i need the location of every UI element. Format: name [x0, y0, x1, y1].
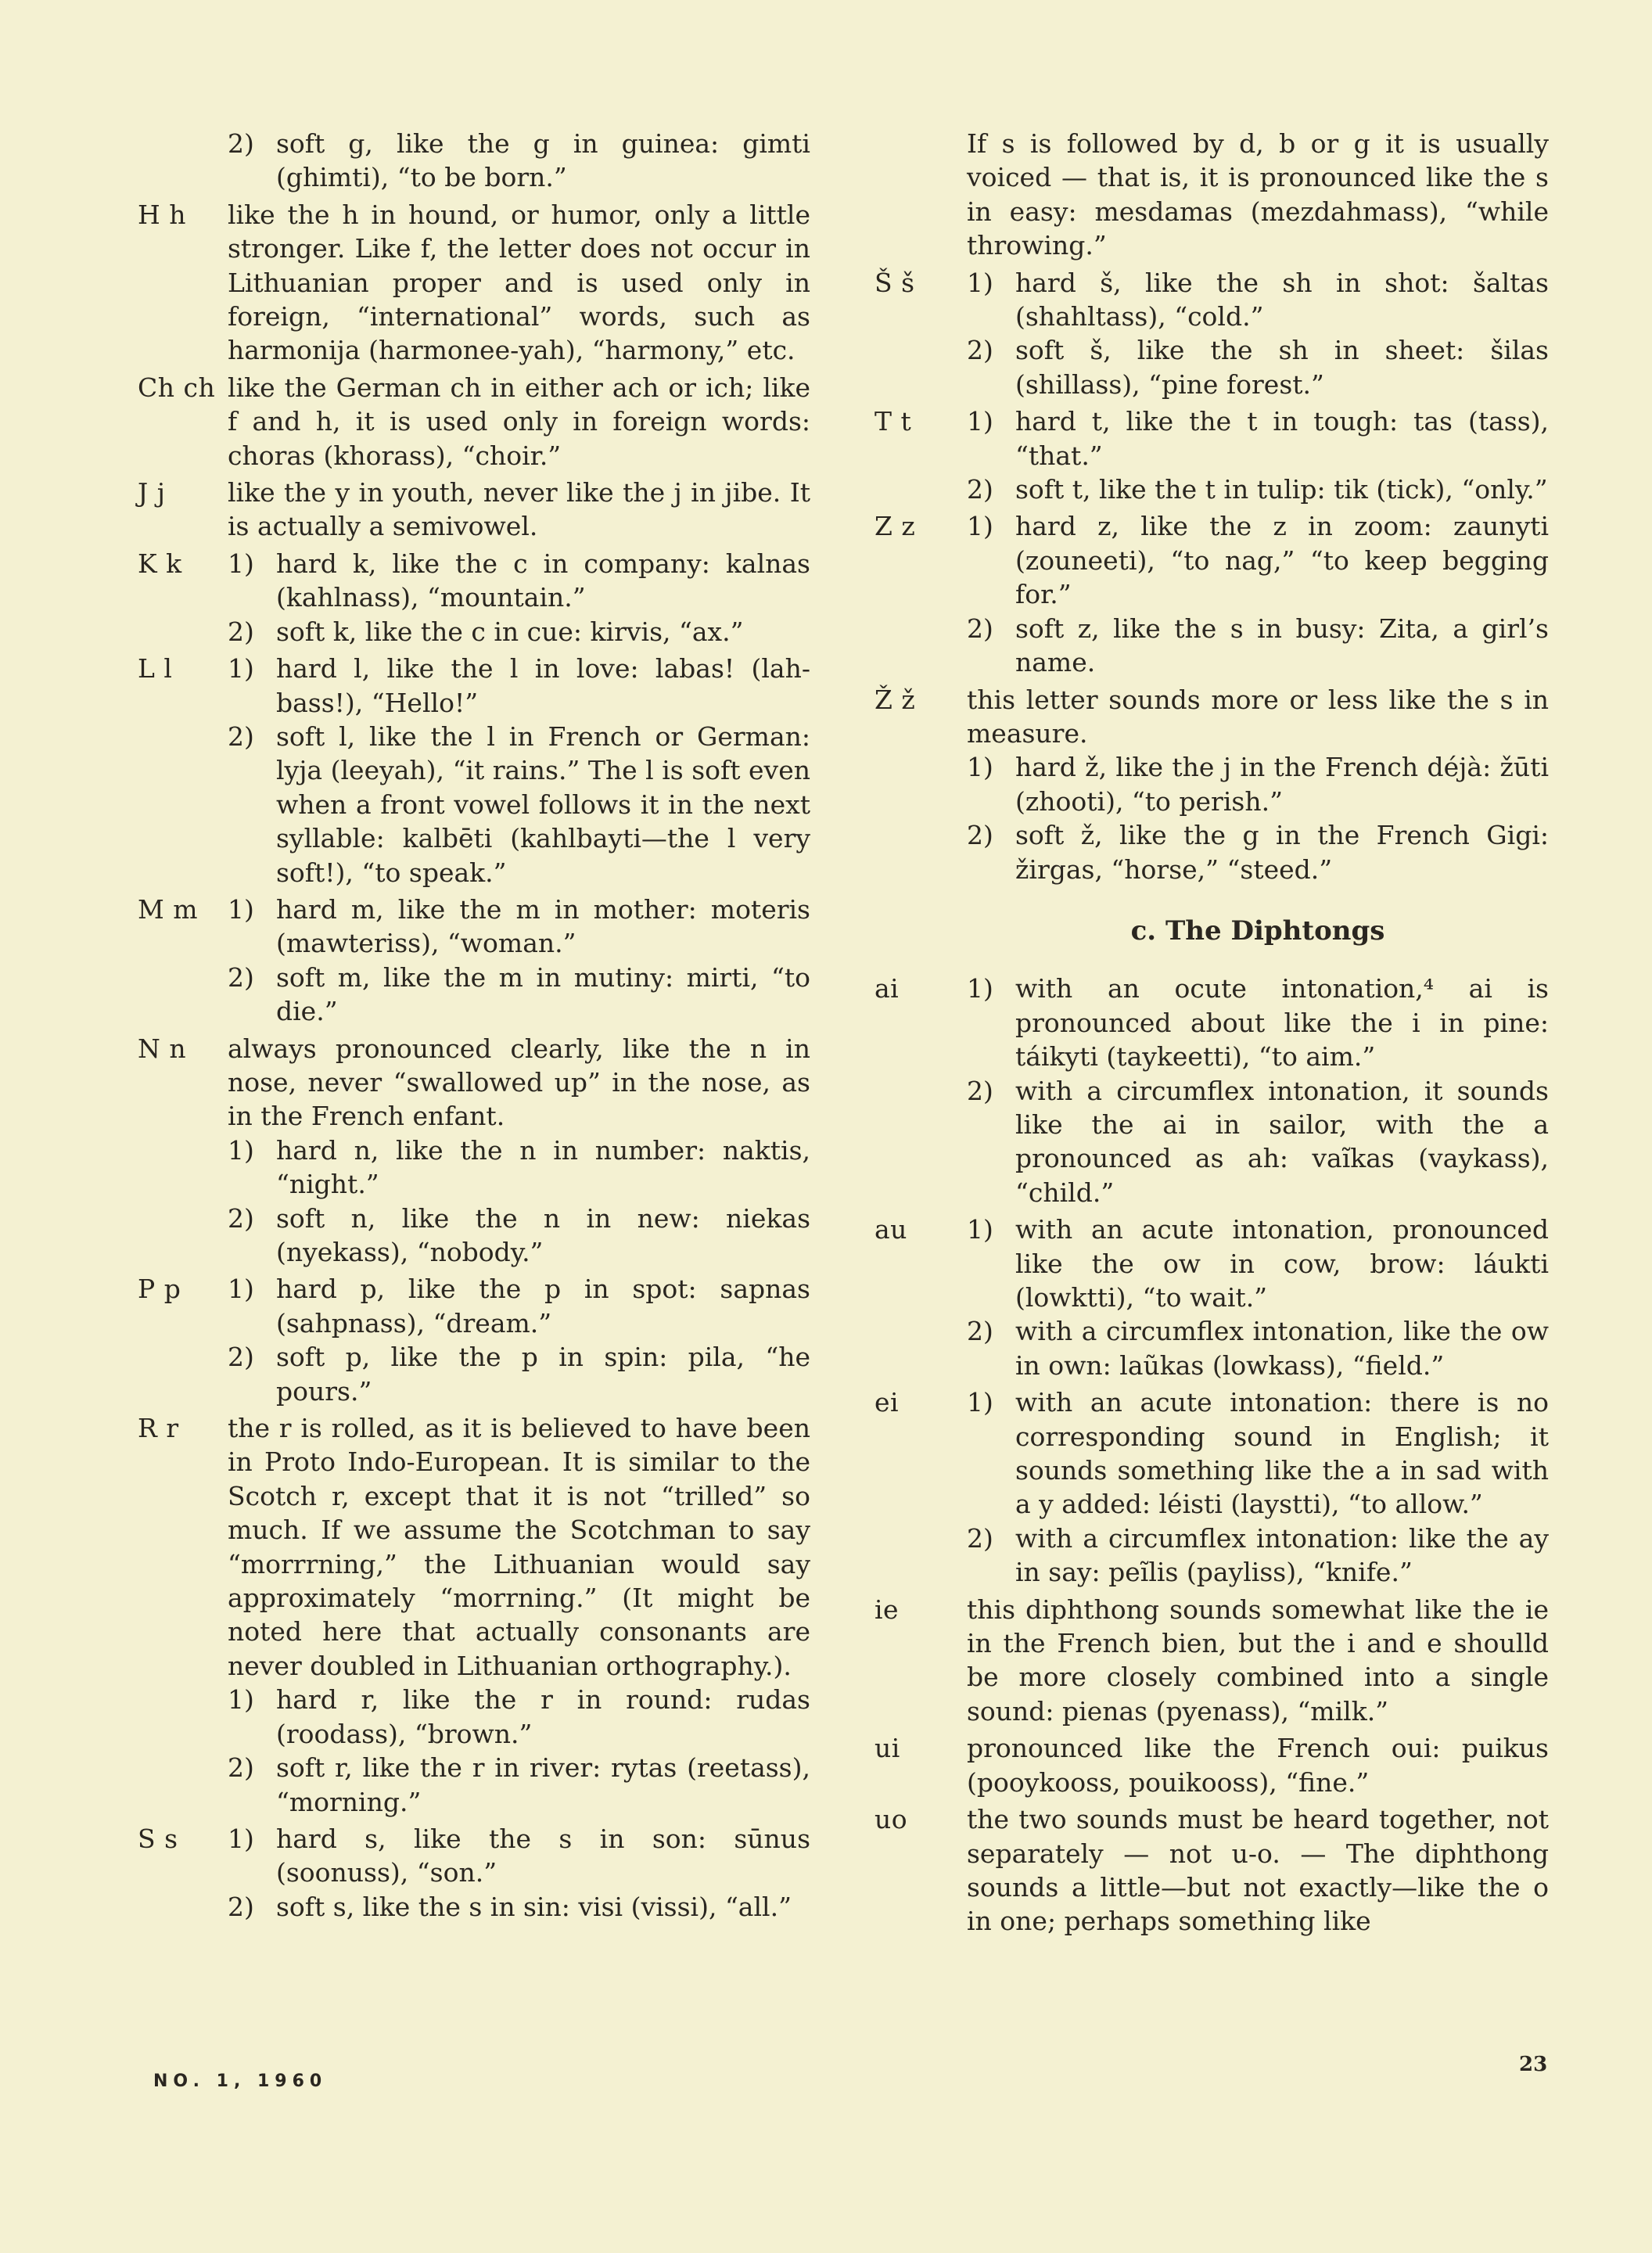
- entry-text: like the German ch in either ach or ich;…: [228, 371, 810, 473]
- entry-text: pronounced like the French oui: puikus (…: [967, 1731, 1549, 1799]
- sub-item: 2) soft l, like the l in French or Germa…: [228, 720, 810, 889]
- item-text: hard z, like the z in zoom: zaunyti (zou…: [1015, 509, 1549, 611]
- item-text: hard n, like the n in number: naktis, “n…: [276, 1134, 810, 1202]
- sub-item: 1) with an acute intonation, pronounced …: [967, 1213, 1549, 1314]
- item-text: hard š, like the sh in shot: šaltas (sha…: [1015, 266, 1549, 334]
- entry-au: au 1) with an acute intonation, pronounc…: [874, 1213, 1549, 1382]
- sub-item: 2) with a circumflex intonation: like th…: [967, 1522, 1549, 1590]
- sub-item: 2) soft m, like the m in mutiny: mirti, …: [228, 961, 810, 1029]
- diphthong-label: uo: [874, 1802, 907, 1836]
- entry-text: If s is followed by d, b or g it is usua…: [967, 127, 1549, 263]
- entry-uo: uo the two sounds must be heard together…: [874, 1802, 1549, 1939]
- sub-item: 2) soft ž, like the g in the French Gigi…: [967, 818, 1549, 886]
- letter-label: J j: [138, 476, 165, 509]
- item-number: 2): [228, 1340, 254, 1374]
- sub-item: 2) soft z, like the s in busy: Zita, a g…: [967, 612, 1549, 680]
- item-number: 1): [967, 972, 993, 1005]
- sub-item: 1) hard ž, like the j in the French déjà…: [967, 750, 1549, 818]
- entry-r: R r the r is rolled, as it is believed t…: [138, 1411, 810, 1819]
- item-text: with an ocute intonation,⁴ ai is pronoun…: [1015, 972, 1549, 1073]
- item-text: soft m, like the m in mutiny: mirti, “to…: [276, 961, 810, 1029]
- entry-g-continuation: 2) soft g, like the g in guinea: gimti (…: [138, 127, 810, 195]
- left-column: 2) soft g, like the g in guinea: gimti (…: [138, 127, 810, 1927]
- entry-intro: always pronounced clearly, like the n in…: [228, 1032, 810, 1134]
- item-text: hard m, like the m in mother: moteris (m…: [276, 893, 810, 961]
- letter-label: P p: [138, 1272, 181, 1306]
- letter-label: K k: [138, 547, 182, 580]
- entry-ai: ai 1) with an ocute intonation,⁴ ai is p…: [874, 972, 1549, 1209]
- right-column: If s is followed by d, b or g it is usua…: [874, 127, 1549, 1942]
- item-text: hard l, like the l in love: labas! (lah-…: [276, 652, 810, 720]
- sub-item: 2) soft r, like the r in river: rytas (r…: [228, 1751, 810, 1819]
- item-text: soft š, like the sh in sheet: šilas (shi…: [1015, 333, 1549, 401]
- item-number: 1): [228, 652, 254, 685]
- item-number: 1): [228, 1134, 254, 1167]
- entry-j: J j like the y in youth, never like the …: [138, 476, 810, 544]
- sub-item: 1) hard š, like the sh in shot: šaltas (…: [967, 266, 1549, 334]
- sub-item: 1) hard z, like the z in zoom: zaunyti (…: [967, 509, 1549, 611]
- item-number: 1): [967, 1385, 993, 1419]
- sub-item: 2) soft t, like the t in tulip: tik (tic…: [967, 473, 1549, 506]
- entry-text: this diphthong sounds somewhat like the …: [967, 1593, 1549, 1729]
- section-heading: c. The Diphtongs: [874, 914, 1549, 948]
- item-number: 2): [228, 127, 254, 160]
- item-text: hard k, like the c in company: kalnas (k…: [276, 547, 810, 615]
- entry-text: the two sounds must be heard together, n…: [967, 1802, 1549, 1939]
- item-text: soft p, like the p in spin: pila, “he po…: [276, 1340, 810, 1408]
- diphthong-label: ui: [874, 1731, 900, 1765]
- item-text: soft n, like the n in new: niekas (nyeka…: [276, 1202, 810, 1270]
- item-number: 2): [228, 720, 254, 753]
- entry-k: K k 1) hard k, like the c in company: ka…: [138, 547, 810, 649]
- letter-label: R r: [138, 1411, 179, 1445]
- sub-item: 2) with a circumflex intonation, it soun…: [967, 1074, 1549, 1210]
- item-text: soft r, like the r in river: rytas (reet…: [276, 1751, 810, 1819]
- item-number: 2): [967, 612, 993, 645]
- sub-item: 2) soft s, like the s in sin: visi (viss…: [228, 1890, 810, 1924]
- item-number: 2): [228, 1751, 254, 1784]
- item-text: soft ž, like the g in the French Gigi: ž…: [1015, 818, 1549, 886]
- item-text: hard s, like the s in son: sūnus (soonus…: [276, 1822, 810, 1890]
- entry-p: P p 1) hard p, like the p in spot: sapna…: [138, 1272, 810, 1408]
- entry-text: like the y in youth, never like the j in…: [228, 476, 810, 544]
- entry-l: L l 1) hard l, like the l in love: labas…: [138, 652, 810, 889]
- diphthong-label: ai: [874, 972, 899, 1005]
- sub-item: 2) soft g, like the g in guinea: gimti (…: [228, 127, 810, 195]
- item-text: with an acute intonation, pronounced lik…: [1015, 1213, 1549, 1314]
- letter-label: S s: [138, 1822, 178, 1856]
- letter-label: L l: [138, 652, 172, 685]
- item-text: with a circumflex intonation: like the a…: [1015, 1522, 1549, 1590]
- item-number: 2): [967, 333, 993, 367]
- item-number: 1): [228, 1683, 254, 1716]
- item-number: 2): [228, 615, 254, 649]
- item-text: hard ž, like the j in the French déjà: ž…: [1015, 750, 1549, 818]
- item-number: 2): [228, 961, 254, 994]
- sub-item: 1) hard n, like the n in number: naktis,…: [228, 1134, 810, 1202]
- entry-intro: the r is rolled, as it is believed to ha…: [228, 1411, 810, 1683]
- item-number: 2): [228, 1890, 254, 1924]
- sub-item: 1) hard k, like the c in company: kalnas…: [228, 547, 810, 615]
- entry-n: N n always pronounced clearly, like the …: [138, 1032, 810, 1270]
- item-text: hard r, like the r in round: rudas (rood…: [276, 1683, 810, 1751]
- entry-s-continuation: If s is followed by d, b or g it is usua…: [874, 127, 1549, 263]
- entry-intro: this letter sounds more or less like the…: [967, 683, 1549, 751]
- letter-label: Z z: [874, 509, 915, 543]
- item-text: soft t, like the t in tulip: tik (tick),…: [1015, 473, 1549, 506]
- item-text: soft s, like the s in sin: visi (vissi),…: [276, 1890, 810, 1924]
- sub-item: 1) hard s, like the s in son: sūnus (soo…: [228, 1822, 810, 1890]
- letter-label: Š š: [874, 266, 915, 300]
- letter-label: H h: [138, 198, 186, 232]
- item-number: 1): [967, 1213, 993, 1246]
- letter-label: N n: [138, 1032, 186, 1065]
- item-number: 1): [228, 547, 254, 580]
- sub-item: 1) hard t, like the t in tough: tas (tas…: [967, 404, 1549, 473]
- letter-label: M m: [138, 893, 198, 926]
- entry-m: M m 1) hard m, like the m in mother: mot…: [138, 893, 810, 1029]
- item-number: 1): [967, 509, 993, 543]
- diphthong-label: ie: [874, 1593, 899, 1626]
- sub-item: 2) soft n, like the n in new: niekas (ny…: [228, 1202, 810, 1270]
- entry-ch: Ch ch like the German ch in either ach o…: [138, 371, 810, 473]
- sub-item: 1) hard m, like the m in mother: moteris…: [228, 893, 810, 961]
- item-number: 1): [967, 404, 993, 438]
- sub-item: 2) with a circumflex intonation, like th…: [967, 1314, 1549, 1382]
- entry-ie: ie this diphthong sounds somewhat like t…: [874, 1593, 1549, 1729]
- entry-h: H h like the h in hound, or humor, only …: [138, 198, 810, 368]
- entry-ei: ei 1) with an acute intonation: there is…: [874, 1385, 1549, 1589]
- item-text: with a circumflex intonation, like the o…: [1015, 1314, 1549, 1382]
- page-number: 23: [1519, 2053, 1547, 2076]
- item-text: soft k, like the c in cue: kirvis, “ax.”: [276, 615, 810, 649]
- item-number: 1): [228, 1822, 254, 1856]
- item-number: 2): [967, 473, 993, 506]
- item-text: soft z, like the s in busy: Zita, a girl…: [1015, 612, 1549, 680]
- entry-t: T t 1) hard t, like the t in tough: tas …: [874, 404, 1549, 506]
- sub-item: 2) soft p, like the p in spin: pila, “he…: [228, 1340, 810, 1408]
- sub-item: 1) hard p, like the p in spot: sapnas (s…: [228, 1272, 810, 1340]
- item-text: hard t, like the t in tough: tas (tass),…: [1015, 404, 1549, 473]
- item-number: 2): [967, 1314, 993, 1348]
- sub-item: 1) hard r, like the r in round: rudas (r…: [228, 1683, 810, 1751]
- item-text: with a circumflex intonation, it sounds …: [1015, 1074, 1549, 1210]
- letter-label: T t: [874, 404, 911, 438]
- item-text: with an acute intonation: there is no co…: [1015, 1385, 1549, 1522]
- item-number: 1): [967, 266, 993, 300]
- item-number: 1): [967, 750, 993, 784]
- entry-sh: Š š 1) hard š, like the sh in shot: šalt…: [874, 266, 1549, 402]
- sub-item: 2) soft š, like the sh in sheet: šilas (…: [967, 333, 1549, 401]
- sub-item: 1) with an ocute intonation,⁴ ai is pron…: [967, 972, 1549, 1073]
- entry-zh: Ž ž this letter sounds more or less like…: [874, 683, 1549, 886]
- item-text: hard p, like the p in spot: sapnas (sahp…: [276, 1272, 810, 1340]
- diphthong-label: ei: [874, 1385, 899, 1419]
- item-number: 1): [228, 1272, 254, 1306]
- sub-item: 1) with an acute intonation: there is no…: [967, 1385, 1549, 1522]
- entry-text: like the h in hound, or humor, only a li…: [228, 198, 810, 368]
- letter-label: Ž ž: [874, 683, 915, 717]
- entry-s: S s 1) hard s, like the s in son: sūnus …: [138, 1822, 810, 1924]
- item-number: 2): [967, 1522, 993, 1555]
- letter-label: Ch ch: [138, 371, 215, 404]
- item-number: 2): [228, 1202, 254, 1235]
- item-text: soft l, like the l in French or German: …: [276, 720, 810, 889]
- issue-footer: NO. 1, 1960: [153, 2072, 327, 2091]
- sub-item: 1) hard l, like the l in love: labas! (l…: [228, 652, 810, 720]
- entry-ui: ui pronounced like the French oui: puiku…: [874, 1731, 1549, 1799]
- item-text: soft g, like the g in guinea: gimti (ghi…: [276, 127, 810, 195]
- entry-z: Z z 1) hard z, like the z in zoom: zauny…: [874, 509, 1549, 679]
- sub-item: 2) soft k, like the c in cue: kirvis, “a…: [228, 615, 810, 649]
- item-number: 2): [967, 1074, 993, 1108]
- item-number: 1): [228, 893, 254, 926]
- diphthong-label: au: [874, 1213, 907, 1246]
- item-number: 2): [967, 818, 993, 852]
